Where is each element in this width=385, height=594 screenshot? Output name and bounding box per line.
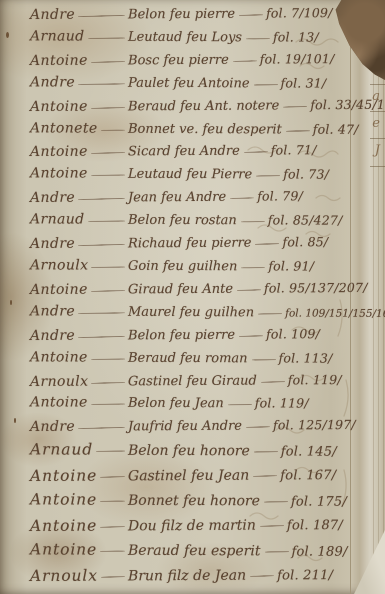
dash-rule [91,106,125,108]
index-entry-row: Antoine Bonnet feu honore fol. 175/ [30,490,341,509]
entry-person-description: Leutaud feu Pierre [128,167,253,183]
dash-rule [91,290,125,292]
entry-folio-reference: fol. 187/ [287,518,343,533]
dash-rule [237,289,261,290]
index-entry-row: Antoine Beraud feu esperit fol. 189/ [30,540,341,559]
index-entry-row: Andre Belon feu pierre fol. 109/ [30,326,341,344]
given-name-cell: Antoine [30,144,128,161]
entry-folio-reference: fol. 95/137/207/ [264,280,368,296]
given-name-cell: Arnoulx [30,566,128,585]
entry-given-name: Andre [30,74,75,90]
index-entry-row: Arnoulx Brun filz de Jean fol. 211/ [30,565,341,585]
index-entry-row: Andre Paulet feu Antoine fol. 31/ [30,74,341,91]
given-name-cell: Antoine [30,540,128,558]
dash-rule [258,313,282,314]
given-name-cell: Andre [30,74,128,90]
entry-person-description: Sicard feu Andre [128,144,241,160]
dash-rule [255,243,279,244]
entry-given-name: Antoine [30,144,88,160]
dash-rule [286,129,310,130]
dash-rule [230,197,254,198]
dash-rule [100,550,125,551]
entry-folio-reference: fol. 125/197/ [273,417,356,433]
given-name-cell: Arnaud [30,441,128,459]
given-name-cell: Antoine [30,281,128,298]
entry-given-name: Antoine [30,98,88,114]
dash-rule [241,267,265,268]
index-entry-row: Antoine Beraud feu Ant. notere fol. 33/4… [30,97,341,115]
entry-person-description: Goin feu guilhen [128,259,238,274]
entry-person-description: Beraud feu Ant. notere [128,98,280,114]
dash-rule [91,60,125,62]
entry-folio-reference: fol. 189/ [291,544,347,559]
dash-rule [91,152,125,154]
index-entry-row: Arnoulx Gastinel feu Giraud fol. 119/ [30,372,341,390]
index-entry-row: Antoine Bosc feu pierre fol. 19/101/ [30,51,341,69]
entry-given-name: Andre [30,327,75,343]
dash-rule [260,525,284,526]
entry-given-name: Antoine [30,490,97,508]
given-name-cell: Andre [30,419,128,436]
entry-person-description: Maurel feu guilhen [128,305,255,321]
entry-folio-reference: fol. 85/427/ [268,213,343,228]
dash-rule [78,15,125,17]
given-name-cell: Antoine [30,516,128,535]
given-name-cell: Andre [30,235,128,252]
index-entry-row: Andre Richaud feu pierre fol. 85/ [30,234,341,252]
given-name-cell: Antoine [30,98,128,115]
edge-index-letter: J [375,144,380,157]
dash-rule [246,38,270,39]
entry-person-description: Beraud feu roman [128,350,249,366]
entry-person-description: Giraud feu Ante [128,282,234,298]
given-name-cell: Arnaud [30,28,128,44]
entry-folio-reference: fol. 33/45/105/ [310,96,385,112]
given-name-cell: Antoine [30,490,128,508]
entry-folio-reference: fol. 71/ [271,143,317,158]
given-name-cell: Arnoulx [30,373,128,390]
dash-rule [91,174,125,175]
dash-rule [253,475,277,476]
index-entry-row: Antoine Sicard feu Andre fol. 71/ [30,142,341,160]
entry-given-name: Andre [30,419,75,435]
entry-folio-reference: fol. 31/ [281,75,327,90]
dash-rule [91,403,125,404]
dash-rule [252,358,276,359]
dash-rule [228,404,252,405]
index-entry-row: Antoine Dou filz de martin fol. 187/ [30,515,341,535]
entry-given-name: Arnaud [30,211,85,227]
entry-folio-reference: fol. 167/ [280,468,336,483]
entry-person-description: Paulet feu Antoine [128,75,251,91]
entry-person-description: Belon feu pierre [128,327,236,343]
dash-rule [78,83,125,84]
given-name-cell: Andre [30,303,128,319]
ink-speck [6,32,9,38]
ink-speck [10,300,12,305]
entry-given-name: Andre [30,190,75,206]
entry-person-description: Belon feu honore [128,443,251,460]
entry-person-description: Gastinel feu Giraud [128,373,258,389]
entry-given-name: Arnaud [30,441,93,459]
edge-rule [370,166,385,167]
given-name-cell: Arnaud [30,211,128,227]
entry-person-description: Brun filz de Jean [128,567,247,584]
dash-rule [91,266,125,267]
edge-rule [370,138,385,139]
entry-list: Andre Belon feu pierre fol. 7/109/ Arnau… [30,6,341,584]
given-name-cell: Andre [30,6,128,23]
entry-person-description: Bosc feu pierre [128,53,230,69]
index-entry-row: Antoine Leutaud feu Pierre fol. 73/ [30,166,341,183]
entry-given-name: Andre [30,236,75,252]
index-entry-row: Antoine Giraud feu Ante fol. 95/137/207/ [30,280,341,298]
ink-speck [14,418,16,423]
index-entry-row: Antoine Beraud feu roman fol. 113/ [30,349,341,366]
dash-rule [283,105,307,106]
entry-given-name: Antoine [30,540,97,558]
index-entry-row: Andre Maurel feu guilhen fol. 109/151/15… [30,303,341,320]
given-name-cell: Antoine [30,466,128,485]
entry-given-name: Andre [30,7,75,23]
given-name-cell: Antoine [30,166,128,182]
entry-given-name: Antoine [30,467,97,485]
entry-given-name: Arnoulx [30,566,98,584]
manuscript-page: C a e J Andre Belon feu pierre fol. 7/10… [0,0,385,594]
entry-given-name: Andre [30,303,75,319]
index-entry-row: Arnaud Belon feu honore fol. 145/ [30,441,341,460]
entry-given-name: Arnaud [30,28,85,44]
entry-folio-reference: fol. 119/ [288,372,342,387]
entry-given-name: Antonete [30,120,98,136]
entry-person-description: Belon feu rostan [128,213,238,228]
dash-rule [254,451,278,452]
entry-given-name: Arnoulx [30,257,89,273]
entry-folio-reference: fol. 91/ [268,258,314,273]
entry-person-description: Gastinel feu Jean [128,468,250,485]
entry-folio-reference: fol. 211/ [277,568,333,583]
index-entry-row: Antonete Bonnet ve. feu desperit fol. 47… [30,120,341,137]
index-entry-row: Arnaud Leutaud feu Loys fol. 13/ [30,28,341,45]
entry-person-description: Belon feu pierre [128,7,236,23]
entry-person-description: Jean feu Andre [128,190,227,206]
entry-given-name: Antoine [30,395,88,411]
entry-person-description: Richaud feu pierre [128,236,253,252]
dash-rule [101,129,125,130]
edge-index-letter: e [372,117,380,130]
entry-given-name: Antoine [30,52,88,68]
entry-person-description: Bonnet ve. feu desperit [128,121,283,137]
dash-rule [88,220,125,221]
dash-rule [239,14,263,15]
entry-given-name: Arnoulx [30,373,89,389]
given-name-cell: Antoine [30,395,128,411]
index-entry-row: Andre Jaufrid feu Andre fol. 125/197/ [30,417,341,435]
entry-person-description: Jaufrid feu Andre [128,419,243,435]
entry-folio-reference: fol. 79/ [257,189,303,204]
dash-rule [241,221,265,222]
index-entry-row: Arnaud Belon feu rostan fol. 85/427/ [30,211,341,228]
dash-rule [78,244,125,246]
given-name-cell: Antoine [30,349,128,365]
entry-person-description: Leutaud feu Loys [128,30,243,46]
entry-folio-reference: fol. 109/151/155/169/391/375 [285,307,385,320]
dash-rule [88,37,125,38]
dash-rule [239,335,263,336]
dash-rule [264,551,288,552]
entry-folio-reference: fol. 109/ [266,326,320,341]
entry-folio-reference: fol. 7/109/ [266,5,333,20]
entry-given-name: Antoine [30,281,88,297]
dash-rule [78,198,125,200]
entry-folio-reference: fol. 113/ [279,350,333,365]
entry-given-name: Antoine [30,166,88,182]
index-entry-row: Antoine Belon feu Jean fol. 119/ [30,395,341,412]
entry-folio-reference: fol. 85/ [282,234,328,249]
given-name-cell: Arnoulx [30,257,128,273]
entry-folio-reference: fol. 47/ [313,121,359,136]
page-fore-edge: C a e J [350,0,385,594]
dash-rule [78,335,125,337]
dash-rule [78,427,125,429]
entry-person-description: Belon feu Jean [128,396,225,411]
entry-person-description: Beraud feu esperit [128,543,262,560]
given-name-cell: Andre [30,327,128,344]
entry-folio-reference: fol. 19/101/ [260,51,335,66]
dash-rule [78,312,125,313]
dash-rule [254,83,278,84]
entry-folio-reference: fol. 119/ [255,396,309,411]
dash-rule [91,381,125,383]
dash-rule [256,175,280,176]
dash-rule [91,358,125,359]
dash-rule [100,526,125,527]
dash-rule [246,426,270,427]
index-entry-row: Antoine Gastinel feu Jean fol. 167/ [30,465,341,485]
dash-rule [96,450,125,451]
dash-rule [244,151,268,152]
given-name-cell: Antoine [30,52,128,69]
dash-rule [233,60,257,61]
entry-person-description: Dou filz de martin [128,518,257,535]
dash-rule [264,501,288,502]
dash-rule [100,476,125,477]
entry-given-name: Antoine [30,349,88,365]
entry-folio-reference: fol. 145/ [281,445,337,460]
entry-folio-reference: fol. 73/ [283,167,329,182]
edge-rule [370,84,385,85]
index-entry-row: Andre Jean feu Andre fol. 79/ [30,188,341,206]
index-entry-row: Arnoulx Goin feu guilhen fol. 91/ [30,257,341,274]
dash-rule [100,500,125,501]
dash-rule [250,575,274,576]
entry-folio-reference: fol. 13/ [273,29,319,44]
entry-given-name: Antoine [30,516,97,534]
dash-rule [101,575,125,576]
entry-person-description: Bonnet feu honore [128,493,261,510]
given-name-cell: Antonete [30,120,128,136]
dash-rule [261,380,285,381]
given-name-cell: Andre [30,190,128,207]
index-entry-row: Andre Belon feu pierre fol. 7/109/ [30,5,341,23]
entry-folio-reference: fol. 175/ [291,494,347,509]
